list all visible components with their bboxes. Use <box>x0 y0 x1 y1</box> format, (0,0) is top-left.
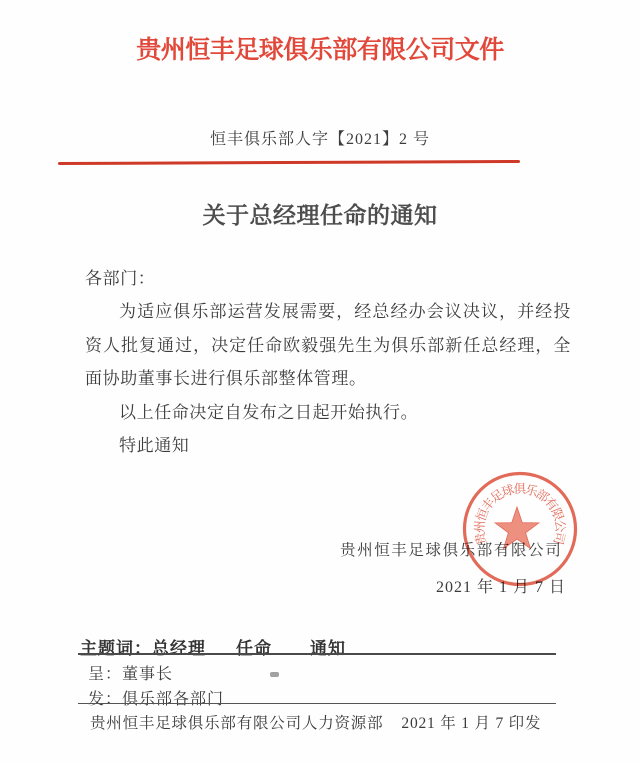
cc-value: 俱乐部各部门 <box>122 691 224 708</box>
document-body: 各部门： 为适应俱乐部运营发展需要，经总经办会议决议，并经投资人批复通过，决定任… <box>85 262 571 462</box>
scanned-document-page: 贵州恒丰足球俱乐部有限公司文件 恒丰俱乐部人字【2021】2 号 关于总经理任命… <box>0 0 640 762</box>
subject-term: 通知 <box>310 634 346 659</box>
body-paragraph: 以上任命决定自发布之日起开始执行。 <box>85 396 571 429</box>
document-title: 关于总经理任命的通知 <box>0 197 640 230</box>
imprint-row: 贵州恒丰足球俱乐部有限公司人力资源部2021 年 1 月 7 印发 <box>90 711 541 733</box>
scan-artifact <box>270 672 279 677</box>
subject-keywords-row: 主题词：总经理任命通知 <box>80 634 346 659</box>
to-label: 呈： <box>88 666 122 683</box>
subject-label: 主题词： <box>80 639 152 658</box>
subject-term: 任命 <box>236 634 272 659</box>
footer-divider-top <box>78 653 556 655</box>
print-date: 2021 年 1 月 7 印发 <box>401 715 541 732</box>
subject-term: 总经理 <box>152 634 206 659</box>
red-header-rule <box>58 160 520 165</box>
cc-label: 发： <box>88 691 122 708</box>
company-seal-stamp-icon: 贵州恒丰足球俱乐部有限公司 <box>449 457 591 599</box>
organization-header: 贵州恒丰足球俱乐部有限公司文件 <box>0 30 640 66</box>
distributed-to-row: 发：俱乐部各部门 <box>88 686 224 709</box>
submitted-to-row: 呈：董事长 <box>88 661 173 684</box>
body-paragraph: 为适应俱乐部运营发展需要，经总经办会议决议，并经投资人批复通过，决定任命欧毅强先… <box>85 295 571 395</box>
document-number: 恒丰俱乐部人字【2021】2 号 <box>0 126 640 149</box>
seal-star-icon <box>495 507 539 549</box>
issuer-department: 贵州恒丰足球俱乐部有限公司人力资源部 <box>90 715 383 732</box>
salutation: 各部门： <box>85 262 571 295</box>
to-value: 董事长 <box>122 666 173 683</box>
footer-divider-bottom <box>78 703 556 704</box>
